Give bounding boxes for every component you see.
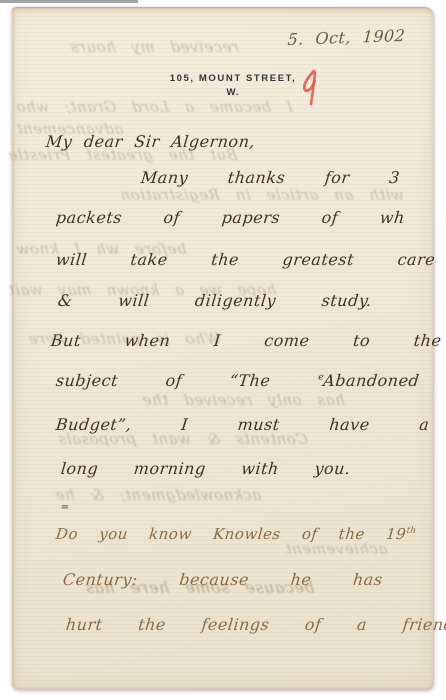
verso-showthrough-fragment: received my hours: [69, 38, 241, 56]
paragraph-mark: =: [60, 502, 71, 513]
handwritten-line: Century: because he has: [62, 570, 384, 589]
handwritten-line: will take the greatest care: [55, 250, 436, 269]
handwritten-line: Budget”, I must have a: [55, 415, 430, 434]
red-pencil-mark: [298, 68, 324, 108]
verso-showthrough-fragment: I became a Lord Grant; who: [15, 98, 294, 116]
handwritten-line: subject of “The eAbandoned: [55, 371, 420, 390]
handwritten-line: long morning with you.: [60, 459, 352, 478]
handwritten-line: Many thanks for 3: [140, 168, 401, 187]
verso-showthrough-fragment: with an article in Registration: [119, 186, 405, 204]
handwritten-line: & will diligently study.: [57, 291, 373, 310]
handwritten-line: packets of papers of wh I: [55, 208, 446, 227]
line-text: subject of “The: [55, 371, 319, 390]
verso-showthrough-fragment: acknowledgment; & he: [54, 486, 263, 504]
verso-showthrough-fragment: has only received the: [141, 391, 346, 409]
handwritten-line: hurt the feelings of a friend: [65, 615, 446, 634]
handwritten-line: Do you know Knowles of the 19th: [55, 525, 417, 543]
line-text: Do you know Knowles of the 19: [55, 525, 407, 543]
letter-photograph: received my hours I became a Lord Grant;…: [0, 0, 446, 700]
photo-edge-strip: [0, 0, 138, 3]
line-text: Abandoned: [322, 371, 420, 390]
handwritten-line: But when I come to the: [50, 331, 443, 350]
ordinal-suffix: th: [406, 526, 416, 536]
salutation: My dear Sir Algernon,: [45, 132, 256, 151]
